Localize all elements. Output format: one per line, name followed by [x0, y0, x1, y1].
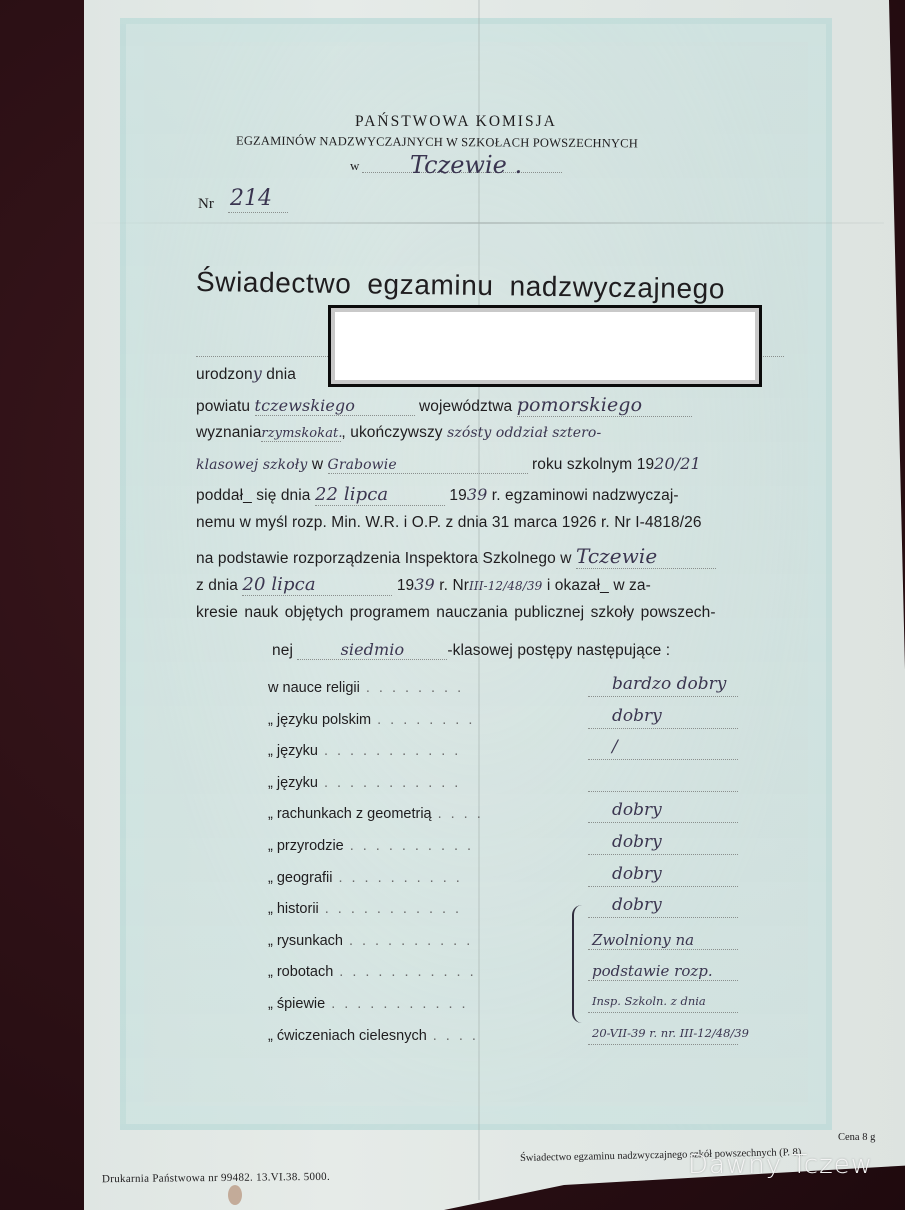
- subject-row: „ języku...........: [268, 775, 467, 791]
- religion-value: rzymskokat.: [261, 426, 341, 442]
- subject-label: „ przyrodzie: [268, 838, 344, 854]
- showed-rest: w za-: [609, 577, 651, 594]
- number-line: [228, 212, 288, 213]
- subject-label: „ geografii: [268, 870, 332, 886]
- submitted-label: poddał: [196, 487, 243, 504]
- born-day-label: dnia: [266, 366, 296, 383]
- header-w-label: w: [350, 158, 359, 174]
- subject-row: „ ćwiczeniach cielesnych....: [268, 1028, 485, 1044]
- subject-row: „ rysunkach..........: [268, 933, 479, 949]
- title-word: egzaminu: [367, 268, 494, 301]
- grade-line: [588, 886, 738, 887]
- leader-dots: ..........: [350, 838, 480, 854]
- grade-value: 20-VII-39 r. nr. III-12/48/39: [592, 1026, 749, 1040]
- decree-year-prefix: 19: [397, 577, 414, 594]
- stain: [228, 1185, 242, 1205]
- decree-nr-value: III-12/48/39: [469, 579, 542, 593]
- grade-line: [588, 917, 738, 918]
- leader-dots: ...........: [324, 775, 467, 791]
- title-word: nadzwyczajnego: [509, 270, 725, 304]
- subject-label: „ historii: [268, 901, 319, 917]
- redaction-box: [328, 305, 762, 387]
- grade-value: dobry: [612, 895, 662, 915]
- subject-row: „ języku...........: [268, 743, 467, 759]
- certificate-number: 214: [230, 186, 272, 211]
- grade-line: [588, 696, 738, 697]
- fold-line: [84, 222, 884, 224]
- grade-line: [588, 1012, 738, 1013]
- grade-value: Insp. Szkoln. z dnia: [592, 994, 706, 1008]
- inspector-row: na podstawie rozporządzenia Inspektora S…: [196, 544, 716, 569]
- subject-row: „ historii...........: [268, 901, 468, 917]
- leader-dots: ........: [377, 712, 481, 728]
- grade-value: dobry: [612, 832, 662, 852]
- subject-row: „ języku polskim........: [268, 712, 481, 728]
- subject-label: „ języku polskim: [268, 712, 371, 728]
- exemption-brace: [572, 905, 588, 1023]
- grade-value: Zwolniony na: [592, 931, 694, 949]
- grade-line: [588, 1044, 738, 1045]
- religion-row: wyznaniarzymskokat., ukończywszy szósty …: [196, 424, 601, 442]
- price: Cena 8 g: [838, 1132, 875, 1143]
- leader-dots: ...........: [331, 996, 474, 1012]
- grade-line: [588, 759, 738, 760]
- exam-year-prefix: 19: [449, 487, 466, 504]
- exam-row: poddał_ się dnia 22 lipca 1939 r. egzami…: [196, 484, 679, 506]
- subject-row: „ przyrodzie..........: [268, 838, 480, 854]
- school-place-value: Grabowie: [328, 457, 528, 474]
- born-suffix: y: [253, 364, 262, 383]
- subject-label: „ języku: [268, 775, 318, 791]
- subject-label: „ rachunkach z geometrią: [268, 806, 432, 822]
- title-word: Świadectwo: [196, 266, 352, 299]
- leader-dots: ....: [433, 1028, 485, 1044]
- leader-dots: ........: [366, 680, 470, 696]
- subject-label: w nauce religii: [268, 680, 360, 696]
- subject-row: „ geografii..........: [268, 870, 469, 886]
- number-label: Nr: [198, 196, 214, 213]
- subject-label: „ śpiewie: [268, 996, 325, 1012]
- header-commission: PAŃSTWOWA KOMISJA: [355, 113, 557, 131]
- voivodeship-value: pomorskiego: [517, 394, 692, 417]
- school-w-label: w: [312, 456, 323, 473]
- decree-date-row: z dnia 20 lipca 1939 r. NrIII-12/48/39 i…: [196, 574, 651, 596]
- voivodeship-label: województwa: [419, 398, 512, 415]
- subject-label: „ języku: [268, 743, 318, 759]
- subject-row: w nauce religii........: [268, 680, 470, 696]
- subject-row: „ robotach...........: [268, 964, 483, 980]
- born-label: urodzon: [196, 366, 253, 383]
- school-type-value: klasowej szkoły: [196, 457, 307, 473]
- decree-nr-label: r. Nr: [435, 577, 469, 594]
- decree-row: nemu w myśl rozp. Min. W.R. i O.P. z dni…: [196, 514, 702, 532]
- school-row: klasowej szkoły w Grabowie roku szkolnym…: [196, 454, 701, 474]
- grade-value: dobry: [612, 800, 662, 820]
- class-row: nej siedmio-klasowej postępy następujące…: [272, 640, 670, 660]
- fold-line: [478, 0, 480, 1200]
- grade-line: [588, 791, 738, 792]
- county-value: tczewskiego: [255, 396, 415, 416]
- leader-dots: ..........: [338, 870, 468, 886]
- subject-label: „ ćwiczeniach cielesnych: [268, 1028, 427, 1044]
- subject-label: „ rysunkach: [268, 933, 343, 949]
- subject-row: „ śpiewie...........: [268, 996, 475, 1012]
- grade-line: [588, 980, 738, 981]
- leader-dots: ...........: [339, 964, 482, 980]
- leader-dots: ..........: [349, 933, 479, 949]
- school-year-value: 20/21: [654, 454, 701, 473]
- grade-value: dobry: [612, 706, 662, 726]
- subject-row: „ rachunkach z geometrią....: [268, 806, 490, 822]
- grade-line: [588, 822, 738, 823]
- school-year-label: roku szkolnym 19: [532, 456, 654, 473]
- exam-suffix: r. egzaminowi nadzwyczaj-: [487, 487, 678, 504]
- grade-value: podstawie rozp.: [592, 962, 713, 980]
- class-suffix: -klasowej postępy następujące :: [447, 642, 670, 659]
- inspector-label: na podstawie rozporządzenia Inspektora S…: [196, 550, 572, 567]
- grade-value: dobry: [612, 864, 662, 884]
- leader-dots: ...........: [325, 901, 468, 917]
- exam-year-value: 39: [467, 485, 488, 504]
- exam-date-value: 22 lipca: [315, 484, 445, 506]
- class-value: siedmio: [297, 640, 447, 660]
- scope-row: kresie nauk objętych programem nauczania…: [196, 604, 716, 622]
- completed-value: szósty oddział sztero-: [447, 425, 601, 441]
- grade-line: [588, 854, 738, 855]
- location-value: Tczewie .: [410, 151, 522, 179]
- leader-dots: ....: [438, 806, 490, 822]
- grade-line: [588, 728, 738, 729]
- header-subtitle: EGZAMINÓW NADZWYCZAJNYCH W SZKOŁACH POWS…: [236, 134, 638, 152]
- county-label: powiatu: [196, 398, 250, 415]
- class-prefix: nej: [272, 642, 293, 659]
- printer-imprint: Drukarnia Państwowa nr 99482. 13.VI.38. …: [102, 1171, 330, 1185]
- showed-label: i okazał: [547, 577, 600, 594]
- grade-value: /: [612, 737, 618, 757]
- county-row: powiatu tczewskiego województwa pomorski…: [196, 394, 692, 417]
- leader-dots: ...........: [324, 743, 467, 759]
- decree-date-value: 20 lipca: [242, 574, 392, 596]
- submitted-rest: się dnia: [252, 487, 311, 504]
- inspector-place-value: Tczewie: [576, 544, 716, 569]
- born-row: urodzony dnia: [196, 364, 296, 384]
- decree-year-value: 39: [414, 575, 435, 594]
- completed-label: , ukończywszy: [341, 424, 442, 441]
- subject-label: „ robotach: [268, 964, 333, 980]
- watermark: Dawny Tczew: [688, 1150, 873, 1180]
- grade-line: [588, 949, 738, 950]
- religion-label: wyznania: [196, 424, 261, 441]
- grade-value: bardzo dobry: [612, 674, 726, 694]
- decree-date-label: z dnia: [196, 577, 238, 594]
